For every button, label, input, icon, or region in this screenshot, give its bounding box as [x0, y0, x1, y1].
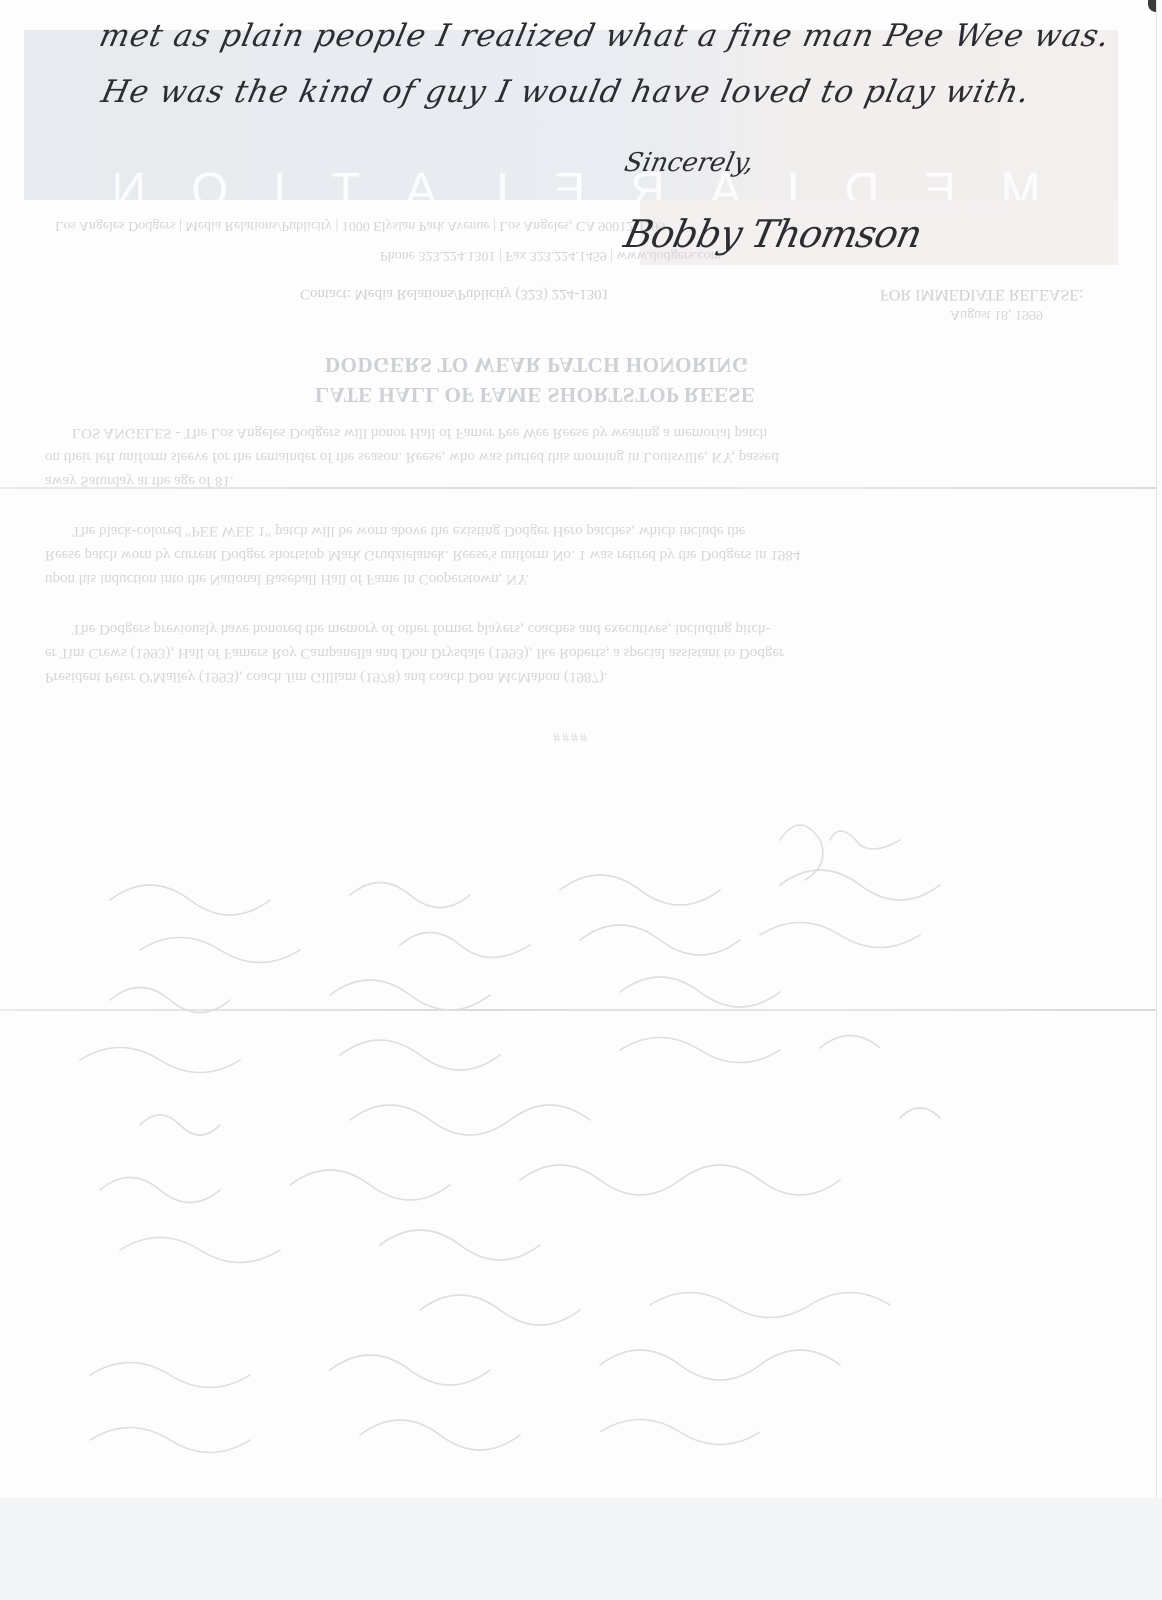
- letterhead-address: Los Angeles Dodgers | Media Relations/Pu…: [55, 217, 665, 233]
- banner-letter: N: [102, 163, 147, 218]
- paragraph-3-line-1: The Dodgers previously have honored the …: [72, 620, 771, 637]
- scanner-bed-margin: [0, 1498, 1162, 1600]
- headline-line-2: LATE HALL OF FAME SHORTSTOP REESE: [315, 382, 755, 407]
- banner-letter: L: [472, 163, 509, 218]
- handwritten-line-2: He was the kind of guy I would have love…: [98, 74, 1033, 110]
- fold-crease-lower: [0, 1009, 1156, 1011]
- handwritten-line-1: met as plain people I realized what a fi…: [96, 18, 1113, 54]
- handwritten-signature: Bobby Thomson: [620, 212, 925, 256]
- end-marker: ####: [553, 728, 589, 744]
- banner-letter: T: [321, 163, 360, 218]
- release-contact: Contact: Media Relations/Publicity (323)…: [300, 285, 609, 302]
- paragraph-1-line-1: LOS ANGELES - The Los Angeles Dodgers wi…: [72, 424, 767, 441]
- banner-letter: E: [543, 163, 585, 218]
- banner-letter: A: [395, 163, 437, 218]
- fold-crease-upper: [0, 487, 1156, 489]
- handwritten-closing: Sincerely,: [622, 148, 757, 178]
- paragraph-3-line-3: President Peter O'Malley (1993), coach J…: [45, 668, 608, 685]
- paragraph-3-line-2: er Tim Crews (1993), Hall of Famers Roy …: [45, 644, 784, 661]
- letterhead-banner: MEDIARELATION: [24, 30, 1118, 200]
- headline-line-1: DODGERS TO WEAR PATCH HONORING: [325, 352, 749, 377]
- banner-letter: O: [181, 163, 228, 218]
- paragraph-1-line-2: on their left uniform sleeve for the rem…: [45, 448, 779, 465]
- release-label: FOR IMMEDIATE RELEASE:: [880, 285, 1084, 303]
- paragraph-2-line-2: Reese patch worn by current Dodger short…: [45, 546, 800, 563]
- scanned-page: MEDIARELATION LOS ANGELES DODGERS Los An…: [0, 0, 1157, 1498]
- banner-letter: I: [263, 163, 286, 218]
- release-date: August 18, 1999: [950, 306, 1043, 322]
- paragraph-2-line-3: upon his induction into the National Bas…: [45, 570, 530, 587]
- page-corner-shadow: [1148, 0, 1156, 12]
- paragraph-2-line-1: The black-colored "PEE WEE 1" patch will…: [72, 522, 745, 539]
